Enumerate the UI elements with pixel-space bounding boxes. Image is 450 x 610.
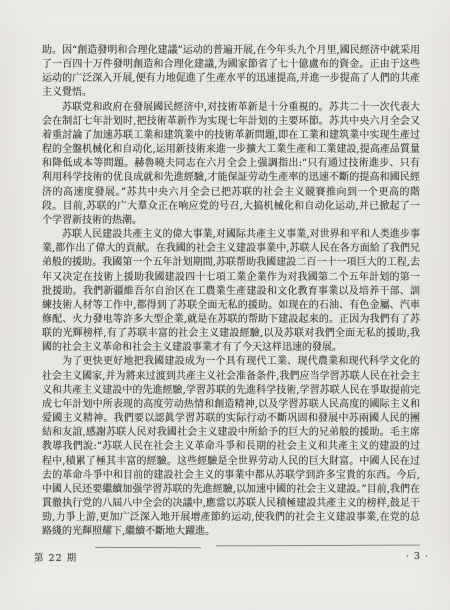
footer-rule-right — [216, 545, 420, 547]
paragraph: 为了更快更好地把我國建設成为一个具有现代工業、现代農業和现代科学文化的社会主义國… — [42, 355, 420, 539]
issue-number: 第 22 期 — [34, 550, 77, 564]
paragraph: 苏联党和政府在發展國民經济中,对技術革新是十分重視的。苏共二十一次代表大会在制訂… — [42, 101, 420, 228]
page-number: · 3 · — [406, 551, 429, 562]
paragraph-continuation: 助。因“創造發明和合理化建議”运动的普遍开展,在今年头九个月里,國民經济中就采用… — [42, 44, 420, 101]
article-body: 助。因“創造發明和合理化建議”运动的普遍开展,在今年头九个月里,國民經济中就采用… — [42, 44, 420, 539]
paragraph: 苏联人民建設共產主义的偉大事業,对國际共產主义事業,对世界和平和人类進步事業,都… — [42, 228, 420, 355]
footer-rule-left — [95, 547, 201, 548]
scanned-document-page: 助。因“創造發明和合理化建議”运动的普遍开展,在今年头九个月里,國民經济中就采用… — [0, 0, 450, 610]
